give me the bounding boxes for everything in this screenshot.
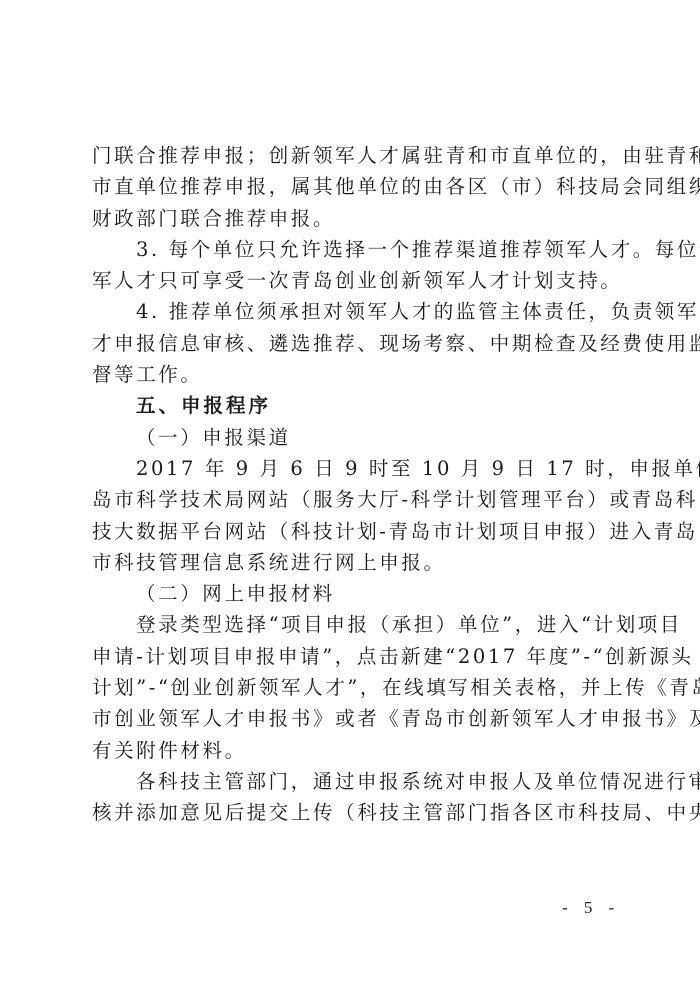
section-heading: 五、申报程序 — [92, 390, 612, 421]
paragraph-line: 督等工作。 — [92, 359, 612, 390]
paragraph-line: 市创业领军人才申报书》或者《青岛市创新领军人才申报书》及 — [92, 703, 612, 734]
paragraph-line: 2017 年 9 月 6 日 9 时至 10 月 9 日 17 时，申报单位登录… — [92, 453, 612, 484]
paragraph-line: 军人才只可享受一次青岛创业创新领军人才计划支持。 — [92, 265, 612, 296]
paragraph-line: 核并添加意见后提交上传（科技主管部门指各区市科技局、中央 — [92, 797, 612, 828]
paragraph-line: 才申报信息审核、遴选推荐、现场考察、中期检查及经费使用监 — [92, 328, 612, 359]
list-item-3: 3. 每个单位只允许选择一个推荐渠道推荐领军人才。每位领 — [92, 234, 612, 265]
list-item-4: 4. 推荐单位须承担对领军人才的监管主体责任，负责领军人 — [92, 296, 612, 327]
paragraph-line: 岛市科学技术局网站（服务大厅-科学计划管理平台）或青岛科 — [92, 484, 612, 515]
paragraph-line: 各科技主管部门，通过申报系统对申报人及单位情况进行审 — [92, 766, 612, 797]
paragraph-line: 有关附件材料。 — [92, 735, 612, 766]
paragraph-line: 财政部门联合推荐申报。 — [92, 203, 612, 234]
paragraph-line: 申请-计划项目申报申请”，点击新建“2017 年度”-“创新源头 — [92, 641, 612, 672]
paragraph-line: 市直单位推荐申报，属其他单位的由各区（市）科技局会同组织、 — [92, 171, 612, 202]
paragraph-line: 门联合推荐申报；创新领军人才属驻青和市直单位的，由驻青和 — [92, 140, 612, 171]
paragraph-line: 登录类型选择“项目申报（承担）单位”，进入“计划项目 — [92, 609, 612, 640]
subsection-heading-channel: （一）申报渠道 — [92, 422, 612, 453]
paragraph-line: 市科技管理信息系统进行网上申报。 — [92, 547, 612, 578]
document-body: 门联合推荐申报；创新领军人才属驻青和市直单位的，由驻青和 市直单位推荐申报，属其… — [92, 140, 612, 829]
paragraph-line: 技大数据平台网站（科技计划-青岛市计划项目申报）进入青岛 — [92, 516, 612, 547]
document-page: 门联合推荐申报；创新领军人才属驻青和市直单位的，由驻青和 市直单位推荐申报，属其… — [0, 0, 700, 992]
paragraph-line: 计划”-“创业创新领军人才”，在线填写相关表格，并上传《青岛 — [92, 672, 612, 703]
subsection-heading-materials: （二）网上申报材料 — [92, 578, 612, 609]
page-number: - 5 - — [562, 898, 620, 918]
